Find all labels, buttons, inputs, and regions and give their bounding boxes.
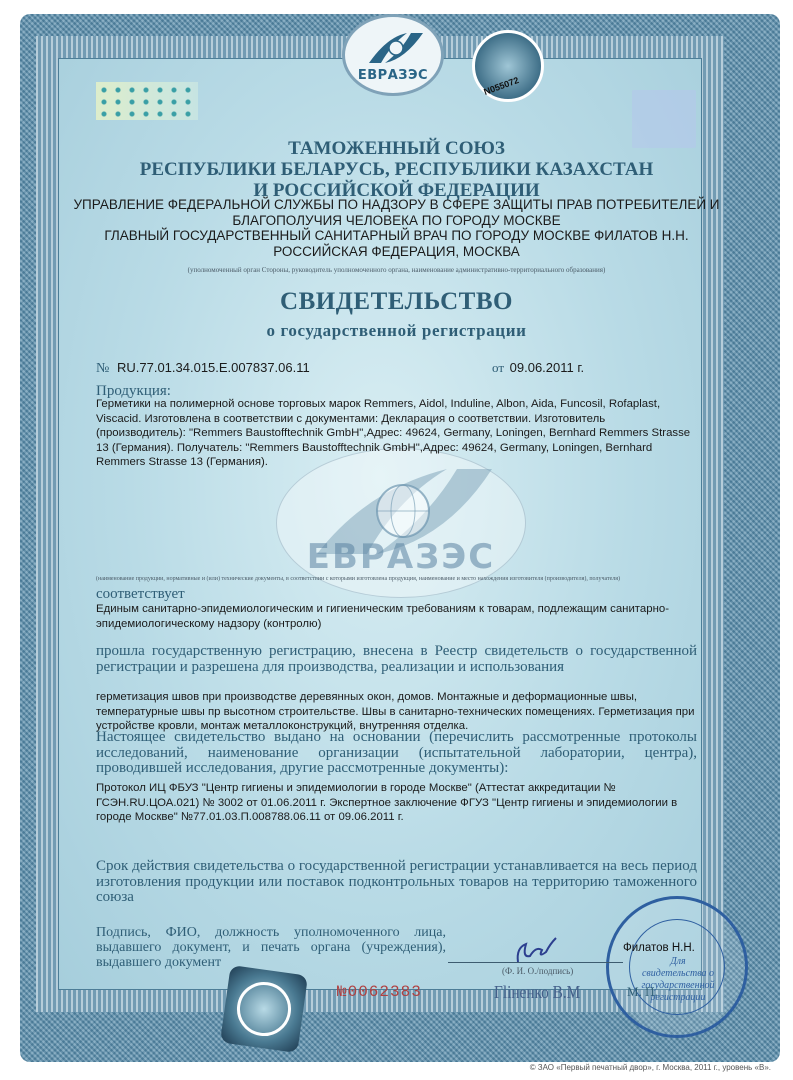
stamp-inner-ring: Для свидетельства о государственной реги… xyxy=(629,919,725,1015)
eurasec-emblem: ЕВРАЗЭС xyxy=(342,14,444,96)
date-prefix: от xyxy=(492,360,504,375)
agency-line: РОССИЙСКАЯ ФЕДЕРАЦИЯ, МОСКВА xyxy=(60,244,733,260)
registration-number-line: № RU.77.01.34.015.Е.007837.06.11 от 09.0… xyxy=(96,360,696,377)
hologram-strip xyxy=(96,82,198,120)
fio-caption: (Ф. И. О./подпись) xyxy=(502,966,573,976)
conformity-label: соответствует xyxy=(96,586,185,603)
document-subtitle: о государственной регистрации xyxy=(60,321,733,341)
hologram-ring-icon xyxy=(234,979,295,1040)
basis-documents: Протокол ИЦ ФБУЗ "Центр гигиены и эпидем… xyxy=(96,781,696,825)
watermark-text: ЕВРАЗЭС xyxy=(277,537,525,577)
signature-line xyxy=(448,962,623,963)
eurasec-swoosh-icon xyxy=(367,31,425,65)
usage-scope: герметизация швов при производстве дерев… xyxy=(96,690,696,734)
emblem-text: ЕВРАЗЭС xyxy=(358,68,428,83)
blank-number: №0062383 xyxy=(337,983,422,1001)
issue-date: от 09.06.2011 г. xyxy=(492,360,584,376)
conformity-text: Единым санитарно-эпидемиологическим и ги… xyxy=(96,602,696,631)
official-round-stamp: Для свидетельства о государственной реги… xyxy=(606,896,748,1038)
date-value: 09.06.2011 г. xyxy=(510,360,584,375)
official-name: Филатов Н.Н. xyxy=(623,942,695,954)
hologram-seal-top: N055072 xyxy=(472,30,544,102)
agency-line: УПРАВЛЕНИЕ ФЕДЕРАЛЬНОЙ СЛУЖБЫ ПО НАДЗОРУ… xyxy=(60,197,733,213)
registration-number: RU.77.01.34.015.Е.007837.06.11 xyxy=(117,360,310,375)
basis-statement: Настоящее свидетельство выдано на основа… xyxy=(96,730,697,777)
header-line: РЕСПУБЛИКИ БЕЛАРУСЬ, РЕСПУБЛИКИ КАЗАХСТА… xyxy=(60,159,733,180)
agency-line: ГЛАВНЫЙ ГОСУДАРСТВЕННЫЙ САНИТАРНЫЙ ВРАЧ … xyxy=(60,228,733,244)
signatory-stamp-name: Гliненко В.М xyxy=(494,982,580,1003)
agency-line: БЛАГОПОЛУЧИЯ ЧЕЛОВЕКА ПО ГОРОДУ МОСКВЕ xyxy=(60,213,733,229)
product-caption: (наименование продукции, нормативные и (… xyxy=(96,576,696,582)
issuing-agency: УПРАВЛЕНИЕ ФЕДЕРАЛЬНОЙ СЛУЖБЫ ПО НАДЗОРУ… xyxy=(60,197,733,259)
header-line: ТАМОЖЕННЫЙ СОЮЗ xyxy=(60,138,733,159)
printer-imprint: © ЗАО «Первый печатный двор», г. Москва,… xyxy=(530,1063,771,1072)
registration-statement: прошла государственную регистрацию, внес… xyxy=(96,644,697,675)
hologram-serial: N055072 xyxy=(482,75,520,97)
signature-label: Подпись, ФИО, должность уполномоченного … xyxy=(96,925,446,970)
number-sign: № xyxy=(96,361,109,376)
seal-place-mark: М. П. xyxy=(627,984,658,1000)
agency-caption: (уполномоченный орган Стороны, руководит… xyxy=(60,266,733,274)
hologram-seal-bottom xyxy=(220,965,308,1053)
validity-statement: Срок действия свидетельства о государств… xyxy=(96,859,697,906)
product-description: Герметики на полимерной основе торговых … xyxy=(96,397,696,470)
customs-union-header: ТАМОЖЕННЫЙ СОЮЗ РЕСПУБЛИКИ БЕЛАРУСЬ, РЕС… xyxy=(60,138,733,201)
document-title: СВИДЕТЕЛЬСТВО xyxy=(60,288,733,316)
